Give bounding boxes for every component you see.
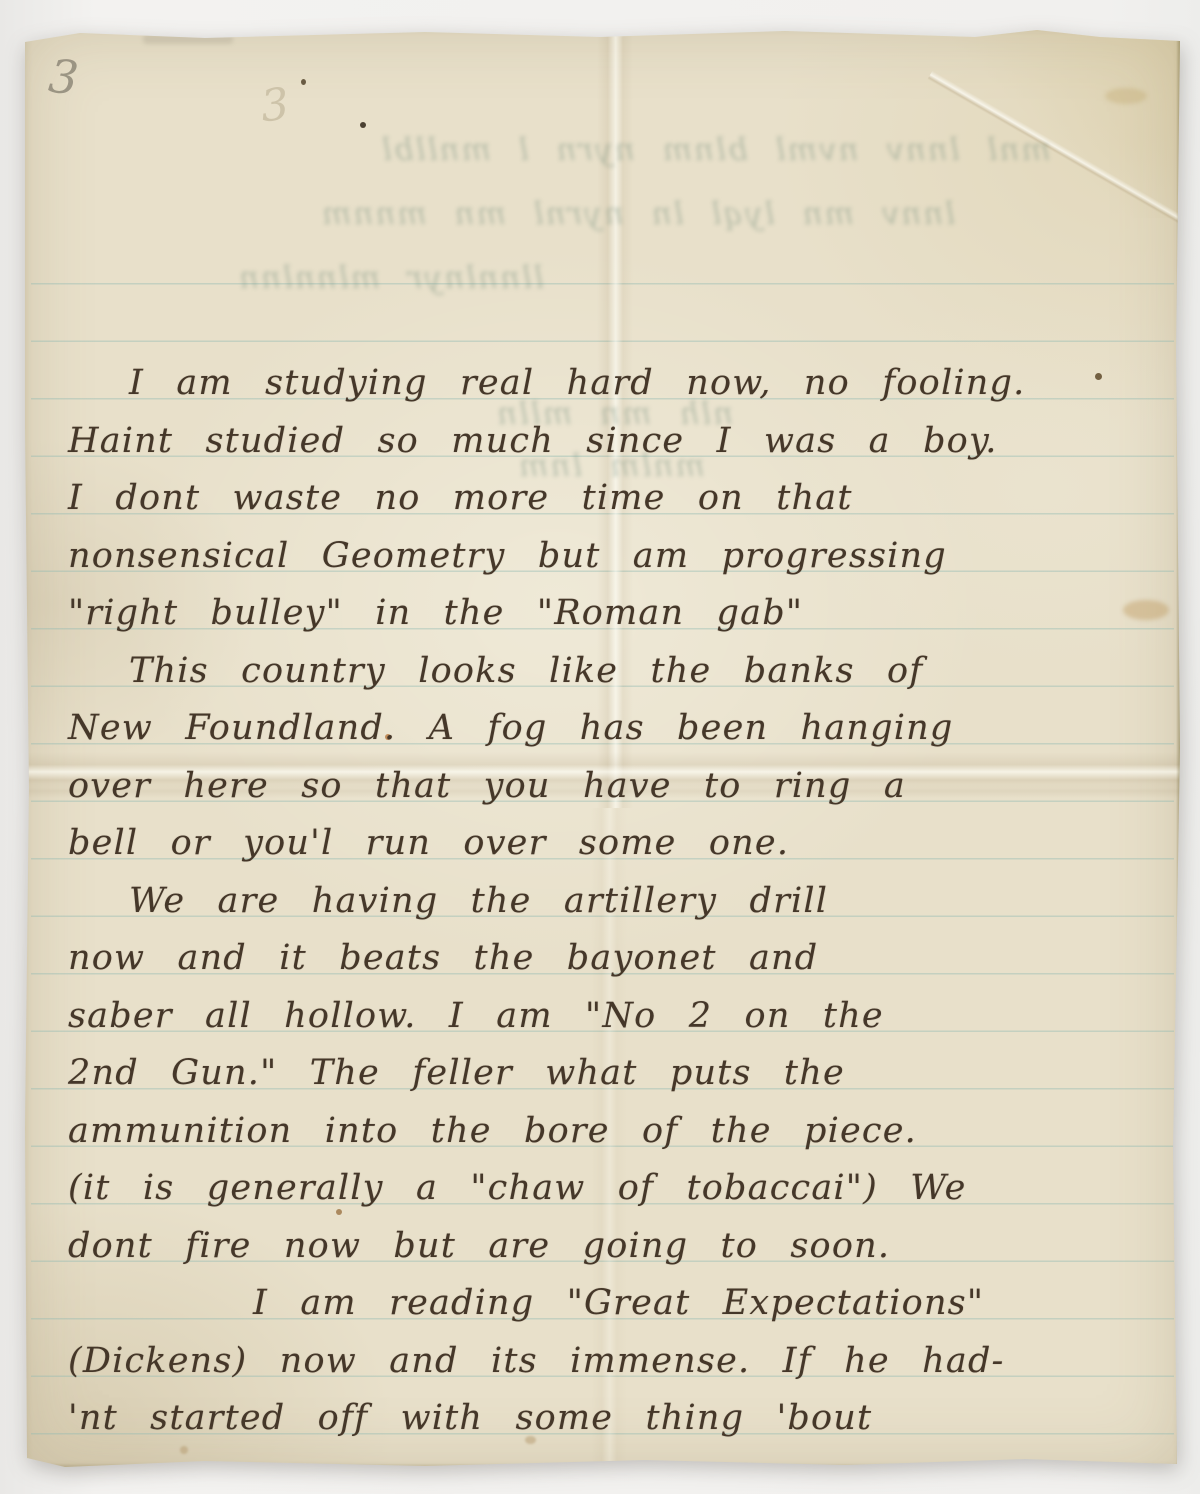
- letter-line: I dont waste no more time on that: [68, 473, 853, 523]
- photo-background: 3 3 mnl lnnv nvml blnm nyrn l mnllbllnnv…: [0, 0, 1200, 1494]
- letter-line: dont fire now but are going to soon.: [68, 1221, 890, 1271]
- letter-body: I am studying real hard now, no fooling.…: [25, 28, 1180, 1468]
- letter-line: nonsensical Geometry but am progressing: [68, 531, 947, 581]
- letter-line: now and it beats the bayonet and: [68, 933, 818, 983]
- letter-line: (Dickens) now and its immense. If he had…: [68, 1336, 1005, 1386]
- letter-line: "right bulley" in the "Roman gab": [68, 588, 803, 638]
- letter-page: 3 3 mnl lnnv nvml blnm nyrn l mnllbllnnv…: [25, 28, 1180, 1468]
- letter-line: We are having the artillery drill: [129, 876, 828, 926]
- letter-line: ammunition into the bore of the piece.: [68, 1106, 917, 1156]
- letter-line: bell or you'l run over some one.: [68, 818, 789, 868]
- letter-line: 'nt started off with some thing 'bout: [68, 1393, 872, 1443]
- letter-line: New Foundland. A fog has been hanging: [68, 703, 953, 753]
- letter-line: This country looks like the banks of: [129, 646, 923, 696]
- letter-line: saber all hollow. I am "No 2 on the: [68, 991, 884, 1041]
- letter-line: 2nd Gun." The feller what puts the: [68, 1048, 845, 1098]
- letter-line: I am reading "Great Expectations": [253, 1278, 984, 1328]
- letter-line: Haint studied so much since I was a boy.: [68, 416, 998, 466]
- paper-bottom-edge: [25, 1463, 1180, 1468]
- letter-line: (it is generally a "chaw of tobaccai") W…: [68, 1163, 967, 1213]
- letter-line: over here so that you have to ring a: [68, 761, 906, 811]
- letter-line: I am studying real hard now, no fooling.: [129, 358, 1025, 408]
- letter-page-wrap: 3 3 mnl lnnv nvml blnm nyrn l mnllbllnnv…: [25, 28, 1180, 1468]
